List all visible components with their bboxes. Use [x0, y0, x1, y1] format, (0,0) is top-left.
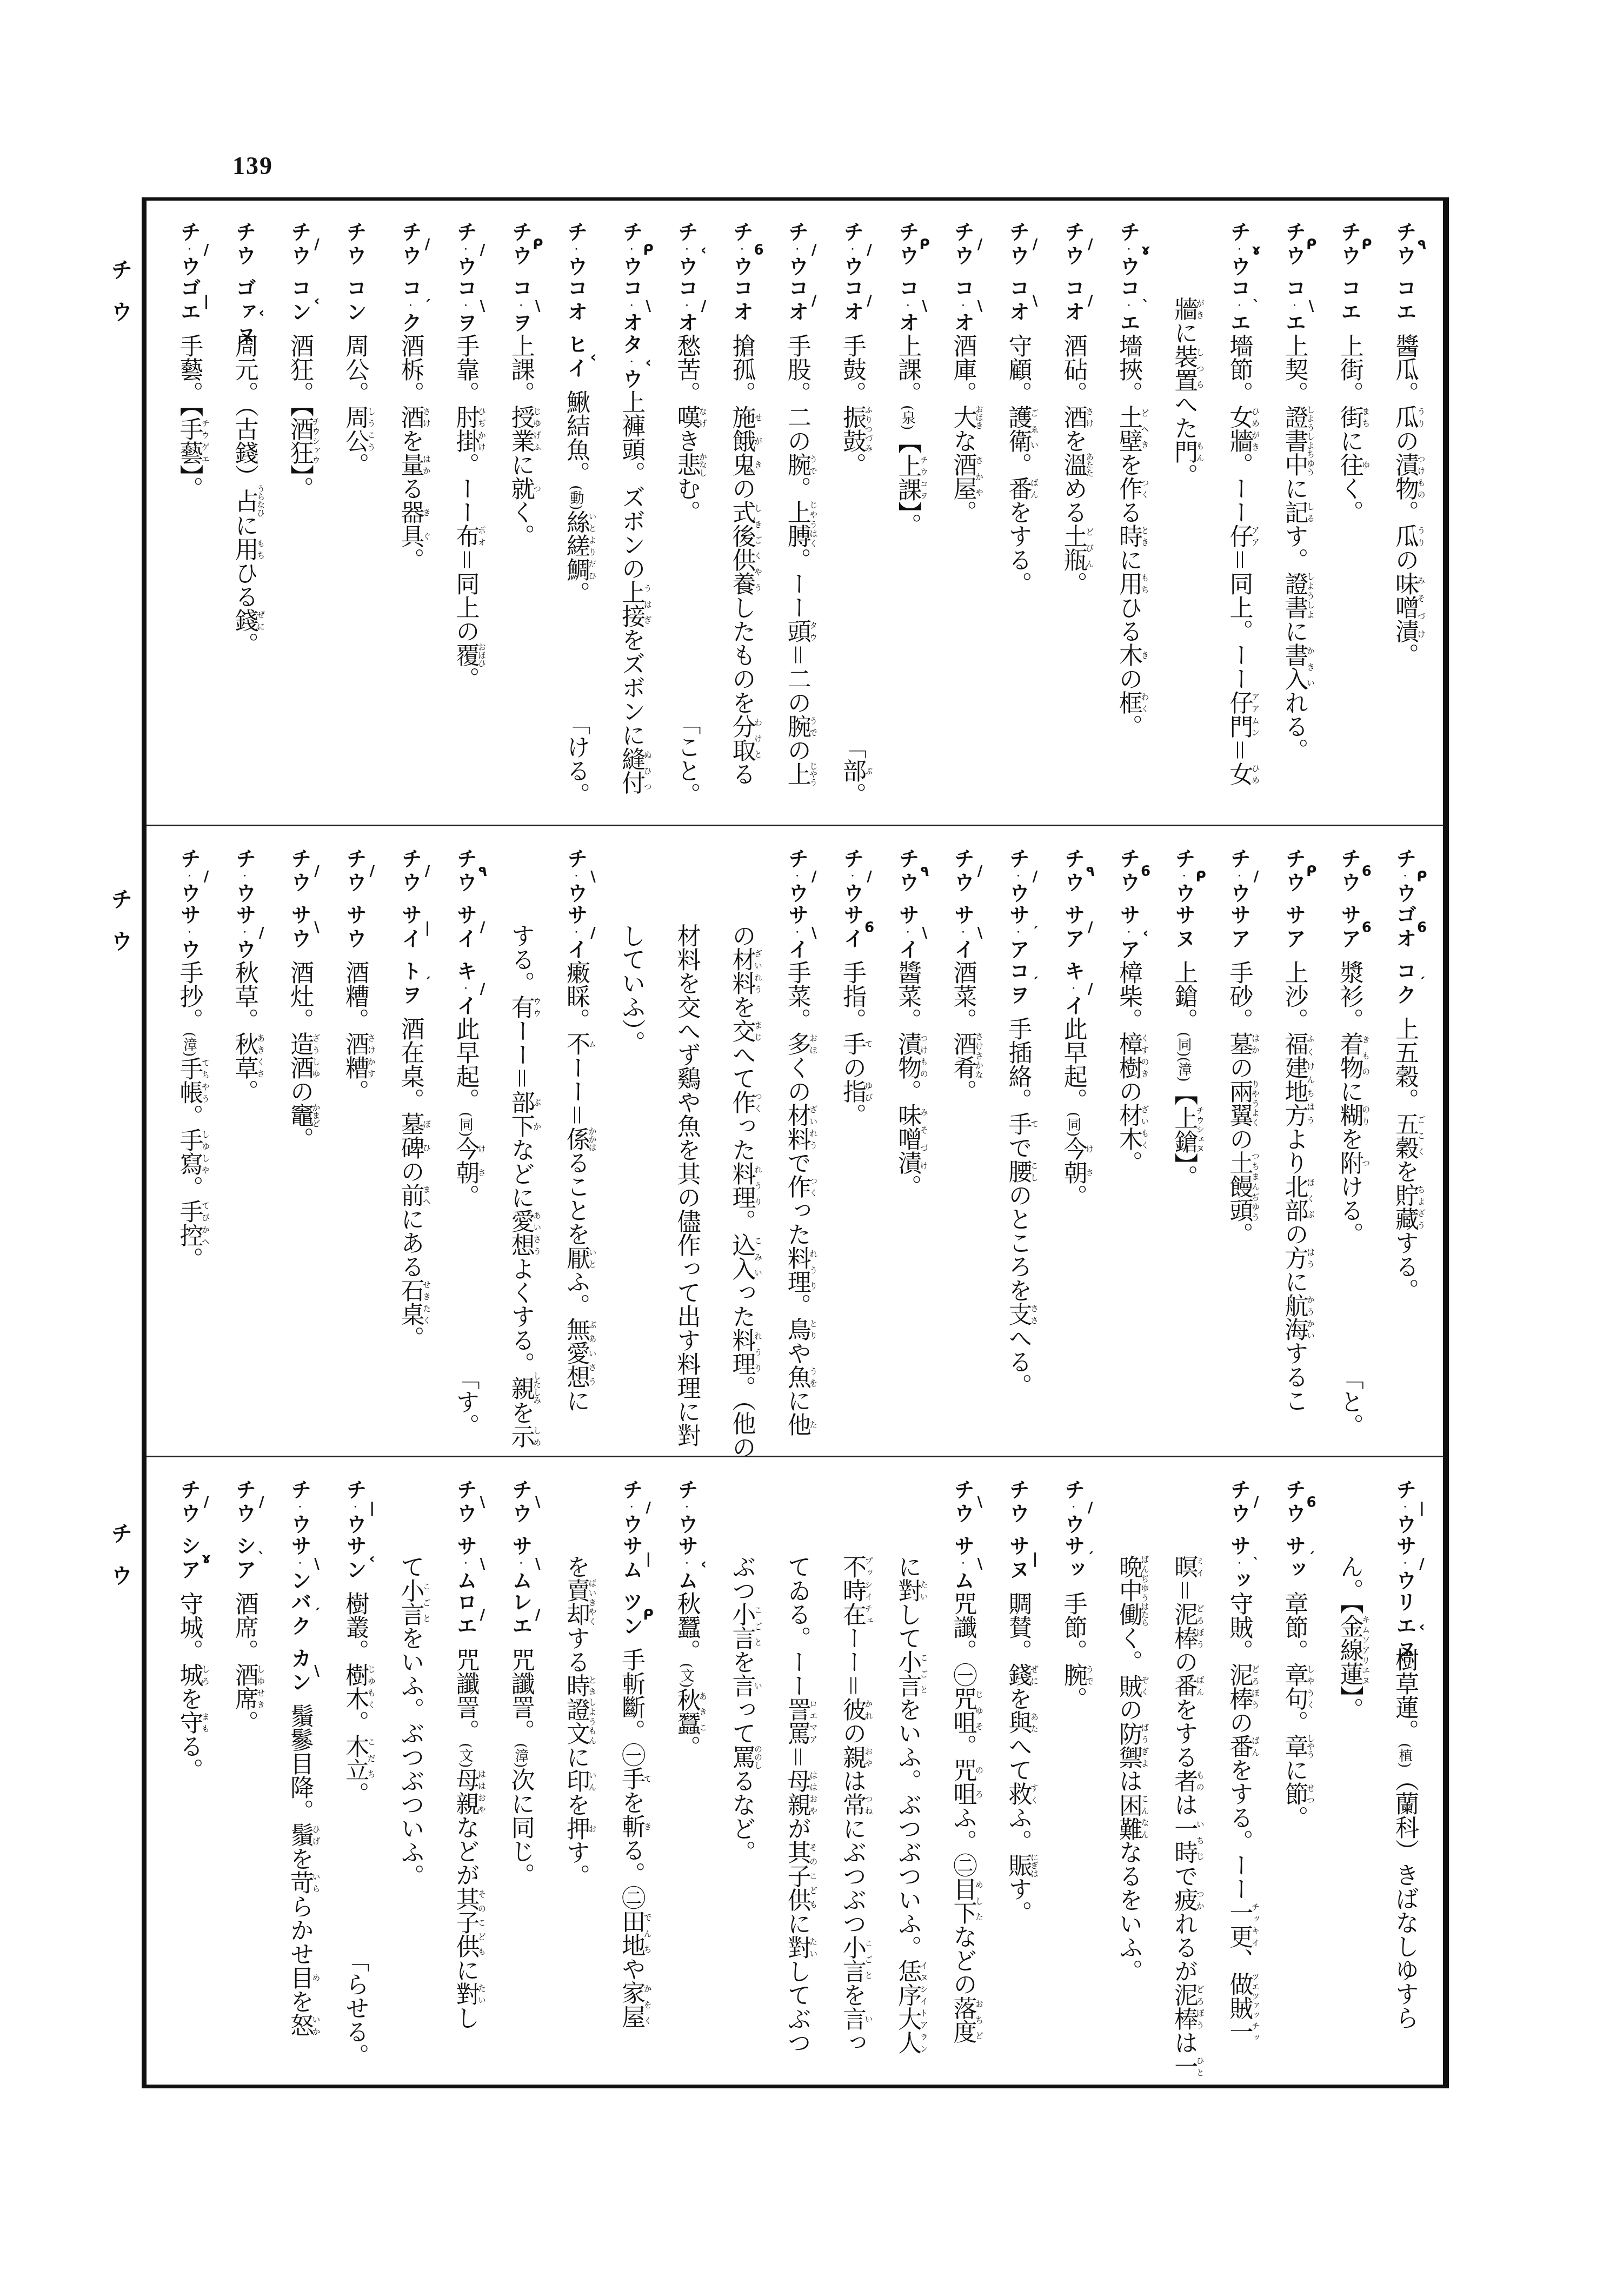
page-number: 139: [232, 151, 273, 180]
headword-syllable: コエ: [1325, 277, 1374, 334]
entry-column: チウᑭコ・エ\上契。證書中しようしよちゆうに記しるす。證書しようしよに書入かきい…: [1270, 221, 1319, 762]
entry-column: チウゴァヌ‹周元。（古錢）占うらなひに用もちひる錢ぜに。: [220, 221, 269, 656]
headword-syllable: コ・オ/: [662, 277, 710, 334]
headword-syllable: チウ/: [938, 221, 987, 277]
headword-syllable: ロエ/: [441, 1591, 490, 1648]
tone-mark: \: [475, 1535, 491, 1594]
continuation-column: ぶつ小言こごとを言いって罵ののしるなど。: [717, 1555, 766, 1864]
definition-text: 守城。城しろを守まもる。: [176, 1591, 203, 1782]
furigana: ばん: [1029, 476, 1039, 500]
overflow-text: 「部ぶ。: [828, 735, 876, 806]
furigana: にぎは: [1029, 1853, 1039, 1877]
headword-kana: サ・ウ: [232, 904, 256, 963]
furigana: せつ: [1306, 1782, 1315, 1806]
headword-kana: サイ: [840, 904, 864, 952]
aspiration-dot: ・: [627, 357, 635, 368]
furigana-ruby: 咒咀じゆそ: [949, 1687, 976, 1734]
headword-ruby: サ・イ\: [785, 904, 809, 963]
overflow-text: 「と。: [1325, 1366, 1374, 1437]
furigana: おほ: [808, 1032, 818, 1056]
furigana-ruby: 目め: [286, 1966, 314, 1989]
headword-ruby: サア: [1227, 904, 1250, 952]
headword-kana: チ・ウ: [785, 221, 809, 280]
furigana-ruby: 家屋かをく: [617, 1981, 645, 2028]
furigana: みそづけ: [1416, 572, 1426, 643]
furigana-ruby: 親おや: [839, 1745, 866, 1769]
headword-kana: コ・エ: [1116, 277, 1140, 336]
furigana-ruby: 墓はか: [1225, 1032, 1253, 1056]
headword-ruby: トヲˊ: [398, 960, 422, 1008]
furigana-ruby: 手控てびかへ: [176, 1199, 203, 1247]
furigana: つちまんぢゆう: [1250, 1151, 1260, 1222]
furigana: さけかす: [367, 1032, 376, 1079]
definition-text: 酒狂。【酒狂チウシァウ】。: [286, 334, 314, 500]
furigana: どへき: [1140, 405, 1150, 453]
tone-mark: ‹: [695, 1535, 711, 1594]
headword-ruby: コ・ヲ\: [509, 277, 533, 336]
aspiration-dot: ・: [461, 301, 470, 312]
definition-text: 手指。手ての指ゆび。: [839, 960, 866, 1127]
headword-syllable: チウ٩: [1049, 848, 1097, 904]
entry-column: チウ6サ・ア‹樟柴。樟樹くすのきの材木ざいもく。: [1104, 848, 1153, 1174]
headword-kana: チウ: [895, 221, 919, 269]
furigana: もち: [1140, 572, 1150, 595]
furigana: て: [864, 1032, 874, 1056]
headword-syllable: レエ/: [496, 1591, 545, 1648]
headword-syllable: サウ: [330, 904, 379, 960]
headword-kana: コ・エ: [1282, 277, 1306, 336]
furigana-ruby: 鳥とり: [783, 1317, 811, 1341]
furigana-ruby: 裝置しつら: [1170, 344, 1198, 392]
furigana: しろ: [201, 1663, 210, 1687]
furigana-ruby: 秋草あきくさ: [231, 1032, 258, 1079]
furigana-ruby: 女ひめ: [1225, 762, 1253, 786]
aspiration-dot: ・: [627, 245, 635, 256]
headword-syllable: リエヌ‹: [1380, 1591, 1429, 1648]
tone-mark: ˊ: [1027, 904, 1043, 963]
furigana-ruby: 酒さけ: [1060, 405, 1087, 429]
furigana-ruby: 支ささ: [1005, 1302, 1032, 1326]
tone-mark: /: [309, 221, 325, 269]
headword-kana: サヌ: [1172, 904, 1195, 952]
furigana-ruby: 他た: [783, 1412, 811, 1436]
headword-ruby: サ・イ\: [950, 904, 974, 963]
furigana-ruby: 貯藏ちよざう: [1391, 1183, 1419, 1231]
dialect-tag: (植): [1396, 1743, 1413, 1768]
furigana-ruby: 泥棒どろぼう: [1170, 1602, 1198, 1650]
headword-ruby: チウᑭ: [509, 221, 533, 269]
overflow-text: 「す。: [441, 1366, 490, 1437]
headword-ruby: チウ: [232, 221, 256, 269]
furigana: はか: [1250, 1032, 1260, 1056]
furigana: しようしよちゆう: [1306, 405, 1315, 476]
furigana-ruby: 五穀ごこく: [1391, 1112, 1419, 1159]
furigana: かをく: [643, 1981, 653, 2028]
tone-mark: /: [475, 221, 491, 280]
tone-mark: \: [972, 277, 988, 336]
furigana: しめ: [532, 1424, 542, 1448]
furigana: さけ: [422, 405, 431, 429]
headword-ruby: チウ/: [343, 848, 367, 895]
furigana: どろぼう: [1195, 1602, 1205, 1650]
headword-ruby: チウ/: [1227, 1479, 1250, 1527]
aspiration-dot: ・: [1124, 301, 1133, 312]
tone-mark: \: [806, 904, 822, 963]
headword-ruby: サウ: [343, 904, 367, 952]
headword-kana: チウ: [1227, 1479, 1250, 1527]
furigana-ruby: 咒咀のろ: [949, 1758, 976, 1806]
furigana-ruby: 不時在プッシイチェ: [839, 1555, 866, 1626]
entry-column: チ・ウ\サ・イ/瘷睬。不ムーー＝係かかはることを厭いとふ。無愛想ぶあいさうに: [551, 848, 600, 1412]
headword-ruby: レエ/: [509, 1591, 533, 1639]
aspiration-dot: ・: [1234, 1559, 1243, 1570]
headword-kana: チウ: [1006, 1479, 1030, 1527]
headword-ruby: コオ\: [1006, 277, 1030, 325]
headword-syllable: チ・ウ/: [828, 848, 876, 904]
definition-text: 酒在桌。墓碑ぼひの前まへにある石桌せきたく。: [396, 1017, 424, 1350]
furigana-ruby: 酒肴さけさかな: [949, 1032, 976, 1079]
dictionary-section-middle: チ・ウᑭゴオ6コクˊ上五穀。五穀ごこくを貯藏ちよざうする。チウ6サア6漿衫。着物…: [0, 826, 1623, 1456]
headword-kana: コ・オ: [895, 277, 919, 336]
furigana-ruby: 施餓鬼せがき: [728, 405, 756, 476]
furigana: かかは: [588, 1127, 597, 1151]
furigana-ruby: 書入かきい: [1281, 643, 1308, 691]
headword-kana: コエ: [1393, 277, 1416, 325]
furigana: したしみ: [532, 1372, 542, 1404]
tone-mark: ‹: [364, 1535, 380, 1583]
furigana-ruby: 指ゆび: [839, 1079, 866, 1103]
continuation-column: 暝ミイ＝泥棒どろぼうの番ばんをする者ものは一時いちじで疲つかれるが泥棒どろぼうは…: [1159, 1555, 1208, 2078]
headword-syllable: サム|: [607, 1535, 655, 1591]
furigana: ごゑい: [1029, 405, 1039, 453]
furigana: のり: [1361, 1103, 1371, 1127]
tone-mark: /: [198, 1479, 215, 1527]
headword-kana: トヲ: [398, 960, 422, 1008]
furigana-ruby: 分取わけと: [728, 714, 756, 762]
definition-text: 此早起。(同)今朝けさ。: [452, 1017, 480, 1208]
furigana: どろぼう: [1195, 1983, 1205, 2030]
headword-kana: チウ: [177, 1479, 201, 1527]
headword-ruby: コ・オ\: [950, 277, 974, 336]
headword-syllable: チ・ウ/: [773, 848, 821, 904]
dictionary-page: 139 チウ チウ チウ チウ٩コエ醬瓜。瓜うりの漬物つけもの。瓜うりの味噌漬み…: [0, 0, 1623, 2296]
tone-mark: \: [585, 848, 601, 906]
headword-syllable: コン: [330, 277, 379, 334]
tone-mark: 6: [751, 221, 767, 280]
continuation-column: に對たいして小言こごとをいふ。ぶつぶついふ。恁序大人イヌシイトアラン: [883, 1555, 932, 2054]
headword-ruby: コオ: [730, 277, 754, 325]
aspiration-dot: ・: [682, 245, 690, 256]
headword-kana: コン: [288, 277, 311, 325]
headword-ruby: チ・ウ: [564, 221, 588, 280]
tone-mark: ᑭ: [916, 221, 933, 269]
headword-ruby: チ・ウ\: [564, 848, 588, 906]
furigana: そのこども: [477, 1887, 487, 1958]
furigana: しる: [1306, 500, 1315, 524]
tone-mark: |: [419, 904, 435, 952]
tone-mark: /: [530, 1591, 546, 1639]
furigana-ruby: 今朝けさ: [452, 1137, 480, 1184]
furigana-ruby: 晩中ばんぢゆう: [1115, 1555, 1142, 1602]
headword-syllable: チウᑭ: [1325, 221, 1374, 277]
furigana-ruby: 竈かまど: [286, 1103, 314, 1127]
entry-column: チ・ウコオヒイ‹鰍結魚。(動)絲縒鯛いとよりだひ。: [551, 221, 600, 605]
headword-ruby: コオ: [564, 277, 588, 325]
furigana-ruby: 供養くやう: [728, 548, 756, 595]
furigana-ruby: 周公しうこう: [341, 405, 369, 453]
aspiration-dot: ・: [405, 301, 414, 312]
furigana: おほき: [974, 405, 984, 429]
aspiration-dot: ・: [1179, 872, 1188, 882]
definition-text: 手抄。(漳)手帳てちやう。手寫しゆしや。手控てびかへ。: [176, 960, 203, 1271]
furigana: ふくけんちはう: [1306, 1032, 1315, 1127]
aspiration-dot: ・: [793, 245, 801, 256]
headword-ruby: サイ6: [840, 904, 864, 952]
furigana: チッ: [1250, 2020, 1260, 2043]
headword-ruby: チ・ウ‹: [674, 221, 698, 280]
headword-syllable: シアɤ: [165, 1535, 214, 1591]
definition-text: 酒席。酒席しゆせき。: [231, 1591, 258, 1734]
definition-text: 酒庫。大おほきな酒屋さかや。: [949, 334, 976, 524]
aspiration-dot: ・: [958, 928, 967, 939]
furigana-ruby: 土壁どへき: [1115, 405, 1142, 453]
definition-text: 酒灶。造酒ざうしゆの竈かまど。: [286, 960, 314, 1151]
headword-syllable: チ・ウ/: [165, 848, 214, 904]
headword-kana: コヲ: [1006, 960, 1030, 1008]
aspiration-dot: ・: [793, 872, 801, 882]
headword-syllable: チウ\: [496, 1479, 545, 1535]
furigana: うり: [1416, 405, 1426, 429]
headword-kana: チ・ウ: [1061, 1479, 1085, 1537]
furigana-ruby: 城しろ: [176, 1663, 203, 1687]
headword-syllable: コ・オ\: [938, 277, 987, 334]
headword-ruby: チウ٩: [454, 848, 477, 895]
headword-ruby: タ・ウ‹: [619, 334, 643, 392]
headword-kana: チウ: [1338, 221, 1361, 269]
furigana: こみい: [753, 1233, 763, 1280]
entry-column: チウᑭサア上沙。福建地方ふくけんちはうより北部ほくぶの方はうに航海かうかいするこ: [1270, 848, 1319, 1412]
furigana: ポオ: [477, 524, 487, 548]
furigana: ののし: [753, 1745, 763, 1769]
definition-text: 樟柴。樟樹くすのきの材木ざいもく。: [1115, 960, 1142, 1174]
furigana-ruby: 上接うはぎ: [617, 580, 645, 628]
tone-mark: /: [1082, 1479, 1099, 1537]
headword-ruby: コヲˊ: [1006, 960, 1030, 1008]
headword-syllable: チ・ウ|: [1380, 1479, 1429, 1535]
furigana: ばうぎよ: [1140, 1722, 1150, 1769]
furigana-ruby: 酒さけ: [396, 405, 424, 429]
entry-column: チウコン周公。周公しうこう。: [330, 221, 379, 476]
headword-ruby: チ・ウᑭ: [1393, 848, 1416, 906]
furigana: そのこども: [808, 1840, 818, 1912]
furigana-ruby: 土瓶どびん: [1060, 524, 1087, 572]
entry-column: チウ٩サイ/キ・イ/此早起。(同)今朝けさ。: [441, 848, 490, 1208]
furigana-ruby: 込入こみい: [728, 1233, 756, 1280]
headword-syllable: チウ: [994, 1479, 1042, 1535]
headword-kana: ゴエ: [177, 277, 201, 325]
tone-mark: \: [972, 904, 988, 963]
furigana-ruby: 部下ぶか: [507, 1090, 535, 1138]
furigana-ruby: 肘掛ひぢかけ: [452, 405, 480, 453]
headword-syllable: コオ: [551, 277, 600, 334]
aspiration-dot: ・: [793, 928, 801, 939]
aspiration-dot: ・: [1234, 872, 1243, 882]
definition-text: 上街。街まちに往ゆく。: [1336, 334, 1363, 524]
furigana: こごと: [753, 1602, 763, 1650]
furigana: チウシァウ: [311, 417, 321, 464]
headword-ruby: チウ/: [398, 221, 422, 269]
headword-kana: ヒイ: [564, 334, 588, 381]
headword-ruby: チウ/: [1006, 221, 1030, 269]
aspiration-dot: ・: [571, 245, 580, 256]
furigana-ruby: 溫あたた: [1060, 453, 1087, 476]
furigana: すく: [1029, 1782, 1039, 1806]
tone-mark: |: [640, 1535, 656, 1583]
furigana-ruby: 手て: [1005, 1112, 1032, 1136]
furigana: れうり: [808, 1246, 818, 1293]
headword-syllable: チウ6: [1325, 848, 1374, 904]
furigana-ruby: 母親ははおや: [783, 1769, 811, 1816]
furigana-ruby: 錢ぜに: [231, 608, 258, 632]
dialect-tag: (漳): [181, 1032, 197, 1057]
headword-ruby: コン: [343, 277, 367, 325]
furigana-ruby: 墓碑ぼひ: [396, 1112, 424, 1159]
furigana-ruby: 作つく: [783, 1174, 811, 1198]
furigana-ruby: 彼かれ: [839, 1697, 866, 1721]
headword-kana: チ・ウ: [177, 221, 201, 280]
headword-kana: キ・イ: [1061, 960, 1085, 1019]
headword-kana: チウ: [1061, 848, 1085, 895]
definition-text: 不時在プッシイチェーー＝彼かれの親おやは常つねにぶつぶつ小言こごとを言いっ: [839, 1555, 866, 2054]
definition-text: 上沙。福建地方ふくけんちはうより北部ほくぶの方はうに航海かうかいするこ: [1281, 960, 1308, 1412]
definition-text: 瘷睬。不ムーー＝係かかはることを厭いとふ。無愛想ぶあいさうに: [562, 960, 590, 1412]
furigana-ruby: 押お: [562, 1816, 590, 1840]
furigana-ruby: 賑にぎは: [1005, 1853, 1032, 1877]
headword-kana: コエ: [1338, 277, 1361, 325]
tone-mark: ٩: [1082, 848, 1099, 895]
definition-text: 手插絡。手てで腰こしのところを支ささへる。: [1005, 1017, 1032, 1397]
entry-column: チウᑭコ・ヲ\上課。授業じゆげふに就つく。: [496, 221, 545, 548]
furigana: プッシイチェ: [864, 1555, 874, 1626]
furigana-ruby: 手て: [839, 1032, 866, 1056]
tone-mark: |: [364, 1479, 380, 1537]
furigana: てびかへ: [201, 1199, 210, 1247]
tone-mark: /: [695, 277, 711, 336]
headword-syllable: チ・ウ/: [607, 1479, 655, 1535]
furigana: こごと: [919, 1650, 929, 1697]
headword-syllable: チウ/: [385, 221, 434, 277]
headword-syllable: サ・アˊ: [994, 904, 1042, 960]
furigana: くやう: [753, 548, 763, 595]
tone-mark: \: [475, 277, 491, 336]
furigana-ruby: 門ムン: [1225, 714, 1253, 738]
furigana-ruby: 多おほ: [783, 1032, 811, 1056]
furigana: うり: [1416, 524, 1426, 548]
headword-ruby: コエ: [1393, 277, 1416, 325]
headword-ruby: チウ: [343, 221, 367, 269]
headword-ruby: シアˋ: [232, 1535, 256, 1583]
headword-kana: コオ: [785, 277, 809, 325]
furigana: ちよざう: [1416, 1183, 1426, 1231]
furigana-ruby: 材木ざいもく: [1115, 1103, 1142, 1151]
furigana: タウ: [808, 619, 818, 643]
furigana-ruby: 節せつ: [1281, 1782, 1308, 1806]
entry-column: チウ\サ・ム\レエ/咒讖詈。(漳)次に同じ。: [496, 1479, 545, 1887]
furigana: き: [1140, 643, 1150, 667]
headword-syllable: チ・ウᑭ: [607, 221, 655, 277]
headword-ruby: サ・イ/: [564, 904, 588, 963]
headword-ruby: ツンᑭ: [619, 1591, 643, 1639]
headword-ruby: チウ/: [950, 221, 974, 269]
aspiration-dot: ・: [295, 1503, 304, 1514]
furigana-ruby: 街まち: [1336, 405, 1363, 429]
furigana-ruby: 覆おほひ: [452, 643, 480, 667]
furigana-ruby: 量はか: [396, 453, 424, 476]
definition-text: 咒讖。㊀咒咀じゆそ。咒咀のろふ。㊁目下めしたなどの落度おちど: [949, 1591, 976, 2043]
entry-column: チ・ウᑭサヌ上鎗。(同)(漳)【上鎗チウシェヌ】。: [1159, 848, 1208, 1189]
furigana: ひめがき: [1250, 405, 1260, 453]
headword-ruby: サ・ッˋ: [1227, 1535, 1250, 1594]
furigana: い: [753, 1674, 763, 1697]
headword-syllable: コ・オ\: [883, 277, 932, 334]
continuation-column: していふ）。: [607, 924, 655, 1054]
headword-kana: チ・ウ: [674, 1479, 698, 1537]
furigana: どろぼう: [1250, 1663, 1260, 1710]
tone-mark: /: [1027, 848, 1043, 906]
tone-mark: /: [972, 221, 988, 269]
headword-kana: サッ: [1061, 1535, 1085, 1583]
tone-mark: ɤ: [1248, 221, 1264, 280]
headword-ruby: サヌ|: [1006, 1535, 1030, 1583]
tone-mark: ˋ: [1248, 1535, 1264, 1594]
definition-text: 牆がきに裝置しつらへた門もん。: [1170, 297, 1198, 487]
entry-column: チウ/サ・イ\酒菜。酒肴さけさかな。: [938, 848, 987, 1103]
headword-syllable: チ・ウᑭ: [1159, 848, 1208, 904]
furigana: はか: [422, 453, 431, 476]
headword-kana: サヌ: [1006, 1535, 1030, 1583]
aspiration-dot: ・: [903, 301, 912, 312]
tone-mark: /: [861, 277, 877, 325]
furigana-ruby: 瓜うり: [1391, 405, 1419, 429]
headword-syllable: チ・ウ/: [1049, 1479, 1097, 1535]
furigana-ruby: 魚うを: [783, 1365, 811, 1389]
aspiration-dot: ・: [682, 1559, 690, 1570]
furigana: ツエツァッ: [1250, 1972, 1260, 2020]
headword-kana: チウ: [1061, 221, 1085, 269]
tone-mark: \: [309, 1648, 325, 1695]
headword-kana: チウ: [288, 221, 311, 269]
furigana: さけさかな: [974, 1032, 984, 1079]
headword-syllable: ヒイ‹: [551, 334, 600, 390]
furigana-ruby: 章しやう: [1281, 1734, 1308, 1758]
tone-mark: \: [916, 277, 933, 336]
headword-kana: ゴオ: [1393, 904, 1416, 952]
headword-kana: チ・ウ: [674, 221, 698, 280]
furigana: じゆそ: [974, 1687, 984, 1734]
tone-mark: /: [1082, 904, 1099, 952]
headword-kana: コオ: [730, 277, 754, 325]
headword-syllable: チ・ウɤ: [1214, 221, 1263, 277]
headword-kana: コオ: [564, 277, 588, 325]
furigana: あきこ: [698, 1688, 708, 1735]
furigana-ruby: 手寫しゆしや: [176, 1128, 203, 1176]
furigana: かなし: [698, 453, 708, 477]
entry-column: チウ\サ・ム\ロエ/咒讖詈。(文)母親ははおやなどが其子供そのこどもに對たいし: [441, 1479, 490, 2029]
headword-ruby: コ・エˋ: [1227, 277, 1250, 336]
headword-kana: サッ: [1282, 1535, 1306, 1583]
furigana: ミイ: [1195, 1555, 1205, 1578]
headword-kana: チウ: [509, 221, 533, 269]
